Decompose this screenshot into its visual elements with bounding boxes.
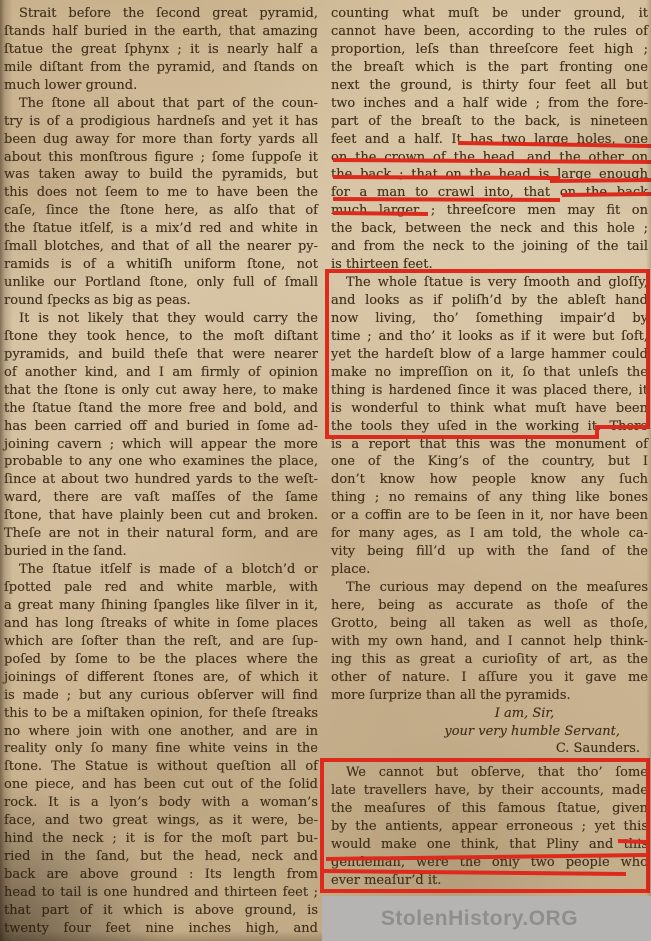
text-line: back are above ground : Its length from — [4, 866, 318, 884]
text-line: about this monſtrous figure ; ſome ſuppo… — [4, 149, 318, 167]
text-line: your very humble Servant, — [331, 723, 648, 741]
text-line: a great many ſhining ſpangles like ſilve… — [4, 597, 318, 615]
text-line: is made ; but any curious obſerver will … — [4, 687, 318, 705]
text-line: much larger ; threeſcore men may fit on — [331, 202, 648, 220]
text-line: pyramids, and build theſe that were near… — [4, 346, 318, 364]
text-line: The ſtatue itſelf is made of a blotch’d … — [4, 561, 318, 579]
text-line: round ſpecks as big as peas. — [4, 292, 318, 310]
text-line: one piece, and has been cut out of the ſ… — [4, 776, 318, 794]
text-line: or a coffin are to be ſeen in it, nor ha… — [331, 507, 648, 525]
text-line: on the crown of the head, and the other … — [331, 149, 648, 167]
text-line: Theſe are not in their natural form, and… — [4, 525, 318, 543]
text-line: Grotto, being all taken as well as thoſe… — [331, 615, 648, 633]
text-line: been dug away for more than forty yards … — [4, 131, 318, 149]
text-line: here, being as accurate as thoſe of the — [331, 597, 648, 615]
text-line: yet the hardeſt blow of a large hammer c… — [331, 346, 648, 364]
text-line: The curious may depend on the meaſures — [331, 579, 648, 597]
text-line: The ſtone all about that part of the cou… — [4, 95, 318, 113]
text-line: has been carried off and buried in ſome … — [4, 418, 318, 436]
text-line: for a man to crawl into, that on the bac… — [331, 184, 648, 202]
text-line: more ſurprize than all the pyramids. — [331, 687, 648, 705]
text-line: much lower ground. — [4, 77, 318, 95]
text-line: and from the neck to the joining of the … — [331, 238, 648, 256]
text-line: cannot have been, according to the rules… — [331, 23, 648, 41]
text-line: poſed by ſome to be the places where the — [4, 651, 318, 669]
text-line: ſtone. The Statue is without queſtion al… — [4, 758, 318, 776]
text-line: now living, tho’ ſomething impair’d by — [331, 310, 648, 328]
text-line: is a report that this was the monument o… — [331, 436, 648, 454]
text-line: the back ; that on the head is large eno… — [331, 166, 648, 184]
text-line: was taken away to build the pyramids, bu… — [4, 166, 318, 184]
text-line: It is not likely that they would carry t… — [4, 310, 318, 328]
text-line: probable to any one who examines the pla… — [4, 453, 318, 471]
text-line: next the ground, is thirty four feet all… — [331, 77, 648, 95]
text-line: gentleman, were the only two people who — [331, 854, 648, 872]
text-line: ſtone they took hence, to the moſt diſta… — [4, 328, 318, 346]
text-line: ried in the ſand, but the head, neck and — [4, 848, 318, 866]
text-line: hind the neck ; it is for the moſt part … — [4, 830, 318, 848]
text-line: and has long ſtreaks of white in ſome pl… — [4, 615, 318, 633]
text-line: ſmall blotches, and that of all the near… — [4, 238, 318, 256]
text-line: ſtands half buried in the earth, that am… — [4, 23, 318, 41]
text-line: and looks as if poliſh’d by the ableſt h… — [331, 292, 648, 310]
text-line: try is of a prodigious hardneſs and yet … — [4, 113, 318, 131]
text-line: make no impreſſion on it, ſo that unleſs… — [331, 364, 648, 382]
text-line: ſpotted pale red and white marble, with — [4, 579, 318, 597]
text-line: ward, there are vaſt maſſes of the ſame — [4, 489, 318, 507]
text-line: the back, between the neck and this hole… — [331, 220, 648, 238]
scanned-page: Strait before the ſecond great pyramid,ſ… — [0, 0, 651, 941]
text-line: ing this as great a curioſity of art, as… — [331, 651, 648, 669]
text-line: ſtatue the great ſphynx ; it is nearly h… — [4, 41, 318, 59]
text-line: two inches and a half wide ; from the fo… — [331, 95, 648, 113]
text-line: proportion, leſs than threeſcore feet hi… — [331, 41, 648, 59]
text-line: mile diſtant from the pyramid, and ſtand… — [4, 59, 318, 77]
text-line: face, and two great wings, as it were, b… — [4, 812, 318, 830]
text-line: for many ages, as I am told, the whole c… — [331, 525, 648, 543]
text-line: twenty four feet nine inches high, and — [4, 920, 318, 938]
left-text-column: Strait before the ſecond great pyramid,ſ… — [4, 5, 318, 938]
text-line: We cannot but obſerve, that tho’ ſome — [331, 764, 648, 782]
text-line: don’t know how people know any ſuch — [331, 471, 648, 489]
text-line: rock. It is a lyon’s body with a woman’s — [4, 794, 318, 812]
text-line: part of the breaſt to the back, is ninet… — [331, 113, 648, 131]
text-line: the tools they uſed in the working it. T… — [331, 418, 648, 436]
text-line: Strait before the ſecond great pyramid, — [4, 5, 318, 23]
right-text-column: counting what muſt be under ground, itca… — [331, 5, 648, 890]
text-line: that the ſtone is only cut away here, to… — [4, 382, 318, 400]
text-line: time ; and tho’ it looks as if it were b… — [331, 328, 648, 346]
text-line: no where join with one another, and are … — [4, 723, 318, 741]
text-line: ever meaſur’d it. — [331, 872, 648, 890]
text-line: this to be a miſtaken opinion, for theſe… — [4, 705, 318, 723]
text-line: The whole ſtatue is very ſmooth and gloſ… — [331, 274, 648, 292]
text-line: of another kind, and I am firmly of opin… — [4, 364, 318, 382]
text-line: thing ; no remains of any thing like bon… — [331, 489, 648, 507]
text-line: head to tail is one hundred and thirteen… — [4, 884, 318, 902]
text-line: reality only ſo many fine white veins in… — [4, 740, 318, 758]
text-line: the ſtatue itſelf, is a mix’d red and wh… — [4, 220, 318, 238]
text-line: unlike our Portland ſtone, only full of … — [4, 274, 318, 292]
text-line: is wonderful to think what muſt have bee… — [331, 400, 648, 418]
text-line: joinings of different ſtones are, of whi… — [4, 669, 318, 687]
text-line: feet and a half. It has two large holes,… — [331, 131, 648, 149]
text-line: the breaſt which is the part fronting on… — [331, 59, 648, 77]
text-line: one of the King’s of the country, but I — [331, 453, 648, 471]
text-line: the meaſures of this famous ſtatue, give… — [331, 800, 648, 818]
text-line: ſince at about two hundred yards to the … — [4, 471, 318, 489]
text-line: ramids is of a whitiſh uniform ſtone, no… — [4, 256, 318, 274]
text-line: thing is hardened ſince it was placed th… — [331, 382, 648, 400]
text-line: by the antients, appear erroneous ; yet … — [331, 818, 648, 836]
text-line: place. — [331, 561, 648, 579]
watermark-bar: StolenHistory.ORG — [322, 896, 651, 941]
text-line: that part of it which is above ground, i… — [4, 902, 318, 920]
watermark-text: StolenHistory.ORG — [381, 907, 592, 931]
text-line: with my own hand, and I cannot help thin… — [331, 633, 648, 651]
text-line: C. Saunders. — [331, 740, 648, 758]
text-line: I am, Sir, — [331, 705, 648, 723]
text-line: would make one think, that Pliny and thi… — [331, 836, 648, 854]
text-line: other of nature. I aſſure you it gave me — [331, 669, 648, 687]
text-line: buried in the ſand. — [4, 543, 318, 561]
text-line: vity being fill’d up with the ſand of th… — [331, 543, 648, 561]
text-line: late travellers have, by their accounts,… — [331, 782, 648, 800]
text-line: is thirteen feet. — [331, 256, 648, 274]
text-line: counting what muſt be under ground, it — [331, 5, 648, 23]
text-line: this does not ſeem to me to have been th… — [4, 184, 318, 202]
text-line: joining cavern ; which will appear the m… — [4, 436, 318, 454]
text-line: the ſtatue ſtand the more free and bold,… — [4, 400, 318, 418]
text-line: which are ſofter than the reſt, and are … — [4, 633, 318, 651]
text-line: ſtone, that have plainly been cut and br… — [4, 507, 318, 525]
text-line: caſe, ſince the ſtone here, as alſo that… — [4, 202, 318, 220]
